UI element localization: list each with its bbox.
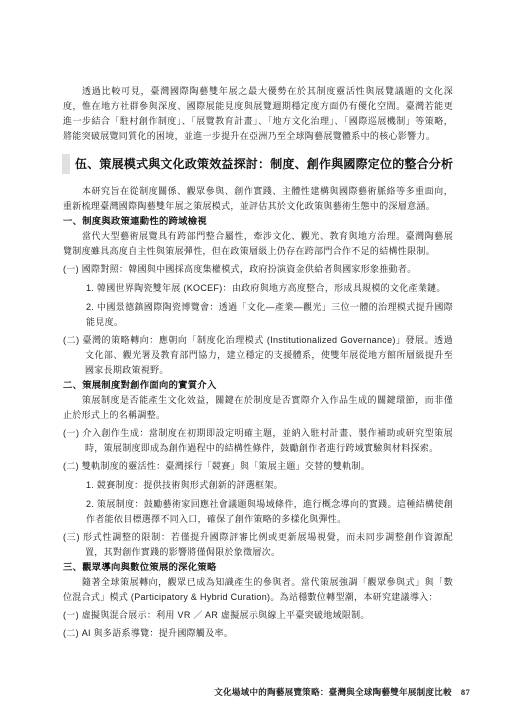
subsection-heading-1: 一、制度與政策連動性的跨域檢視: [63, 214, 453, 229]
list-item-text: 競賽制度：提供技術與形式創新的評選框架。: [97, 480, 283, 490]
list-item-label: (二): [63, 335, 79, 345]
list-item-label: (二): [63, 628, 79, 638]
subsection-1-paragraph: 當代大型藝術展覽具有跨部門整合屬性，牽涉文化、觀光、教育與地方治理。臺灣陶藝展覽…: [63, 229, 453, 259]
list-item-text: 介入創作生成：當制度在初期即設定明確主題，並納入駐村計畫、製作補助或研究型策展時…: [82, 428, 453, 453]
footer-title: 文化場域中的陶藝展覽策略：臺灣與全球陶藝雙年展制度比較: [214, 687, 452, 697]
document-page: 透過比較可見，臺灣國際陶藝雙年展之最大優勢在於其制度靈活性與展覽議題的文化深度，…: [0, 0, 512, 724]
list-item-text: 韓國世界陶瓷雙年展 (KOCEF)：由政府與地方高度整合，形成具規模的文化產業鏈…: [97, 283, 446, 293]
list-item-text: 策展制度：鼓勵藝術家回應社會議題與場域條件，進行概念導向的實踐。這種結構使創作者…: [86, 499, 453, 524]
list-item: (二) 臺灣的策略轉向：應朝向「制度化治理模式 (Institutionaliz…: [63, 333, 453, 378]
list-item: 1. 競賽制度：提供技術與形式創新的評選框架。: [86, 478, 453, 493]
subsection-2-paragraph: 策展制度是否能產生文化效益，關鍵在於制度是否實際介入作品生成的關鍵環節，而非僅止…: [63, 393, 453, 423]
section-lead-paragraph: 本研究旨在從制度關係、觀眾參與、創作實踐、主體性建構與國際藝術脈絡等多重面向，重…: [63, 184, 453, 214]
list-item: (三) 形式性調整的限制：若僅提升國際評審比例或更新展場視覺，而未同步調整創作資…: [63, 530, 453, 560]
list-item: (二) 雙軌制度的靈活性：臺灣採行「競賽」與「策展主題」交替的雙軌制。: [63, 459, 453, 474]
list-item-label: (一): [63, 428, 79, 438]
running-footer: 文化場域中的陶藝展覽策略：臺灣與全球陶藝雙年展制度比較87: [214, 686, 470, 698]
list-item-label: (一): [63, 264, 79, 274]
list-item-text: 臺灣的策略轉向：應朝向「制度化治理模式 (Institutionalized G…: [82, 335, 453, 375]
list-item-label: 1.: [86, 480, 94, 490]
intro-paragraph: 透過比較可見，臺灣國際陶藝雙年展之最大優勢在於其制度靈活性與展覽議題的文化深度，…: [63, 84, 453, 144]
list-item: 2. 策展制度：鼓勵藝術家回應社會議題與場域條件，進行概念導向的實踐。這種結構使…: [86, 497, 453, 527]
list-item-text: 虛擬與混合展示：利用 VR ／ AR 虛擬展示與線上平臺突破地域限制。: [82, 610, 370, 620]
list-item-label: 1.: [86, 283, 94, 293]
list-item: (一) 介入創作生成：當制度在初期即設定明確主題，並納入駐村計畫、製作補助或研究…: [63, 426, 453, 456]
subsection-heading-2: 二、策展制度對創作面向的實質介入: [63, 378, 453, 393]
list-item: (一) 國際對照：韓國與中國採高度集權模式，政府扮演資金供給者與國家形象推動者。: [63, 262, 453, 277]
list-item-text: 雙軌制度的靈活性：臺灣採行「競賽」與「策展主題」交替的雙軌制。: [82, 461, 370, 471]
section-heading-text: 伍、策展模式與文化政策效益探討：制度、創作與國際定位的整合分析: [75, 153, 453, 175]
list-item-label: (三): [63, 532, 80, 542]
list-item-label: (一): [63, 610, 79, 620]
list-item-text: 國際對照：韓國與中國採高度集權模式，政府扮演資金供給者與國家形象推動者。: [82, 264, 417, 274]
list-item: (二) AI 與多語系導覽：提升國際觸及率。: [63, 626, 453, 641]
list-item: 1. 韓國世界陶瓷雙年展 (KOCEF)：由政府與地方高度整合，形成具規模的文化…: [86, 281, 453, 296]
list-item-text: AI 與多語系導覽：提升國際觸及率。: [82, 628, 233, 638]
list-item-label: 2.: [86, 302, 94, 312]
subsection-heading-3: 三、觀眾導向與數位策展的深化策略: [63, 560, 453, 575]
page-content: 透過比較可見，臺灣國際陶藝雙年展之最大優勢在於其制度靈活性與展覽議題的文化深度，…: [63, 84, 453, 641]
section-marker-bar: [62, 154, 70, 174]
list-item-text: 形式性調整的限制：若僅提升國際評審比例或更新展場視覺，而未同步調整創作資源配置，…: [83, 532, 453, 557]
list-item-label: 2.: [86, 499, 94, 509]
list-item-text: 中國景德鎮國際陶瓷博覽會：透過「文化—產業—觀光」三位一體的治理模式提升國際能見…: [86, 302, 453, 327]
section-heading: 伍、策展模式與文化政策效益探討：制度、創作與國際定位的整合分析: [62, 153, 453, 175]
list-item: 2. 中國景德鎮國際陶瓷博覽會：透過「文化—產業—觀光」三位一體的治理模式提升國…: [86, 300, 453, 330]
list-item: (一) 虛擬與混合展示：利用 VR ／ AR 虛擬展示與線上平臺突破地域限制。: [63, 608, 453, 623]
subsection-3-paragraph: 隨著全球策展轉向，觀眾已成為知識產生的參與者。當代策展強調「觀眾參與式」與「數位…: [63, 575, 453, 605]
list-item-label: (二): [63, 461, 79, 471]
footer-page-number: 87: [461, 687, 470, 697]
